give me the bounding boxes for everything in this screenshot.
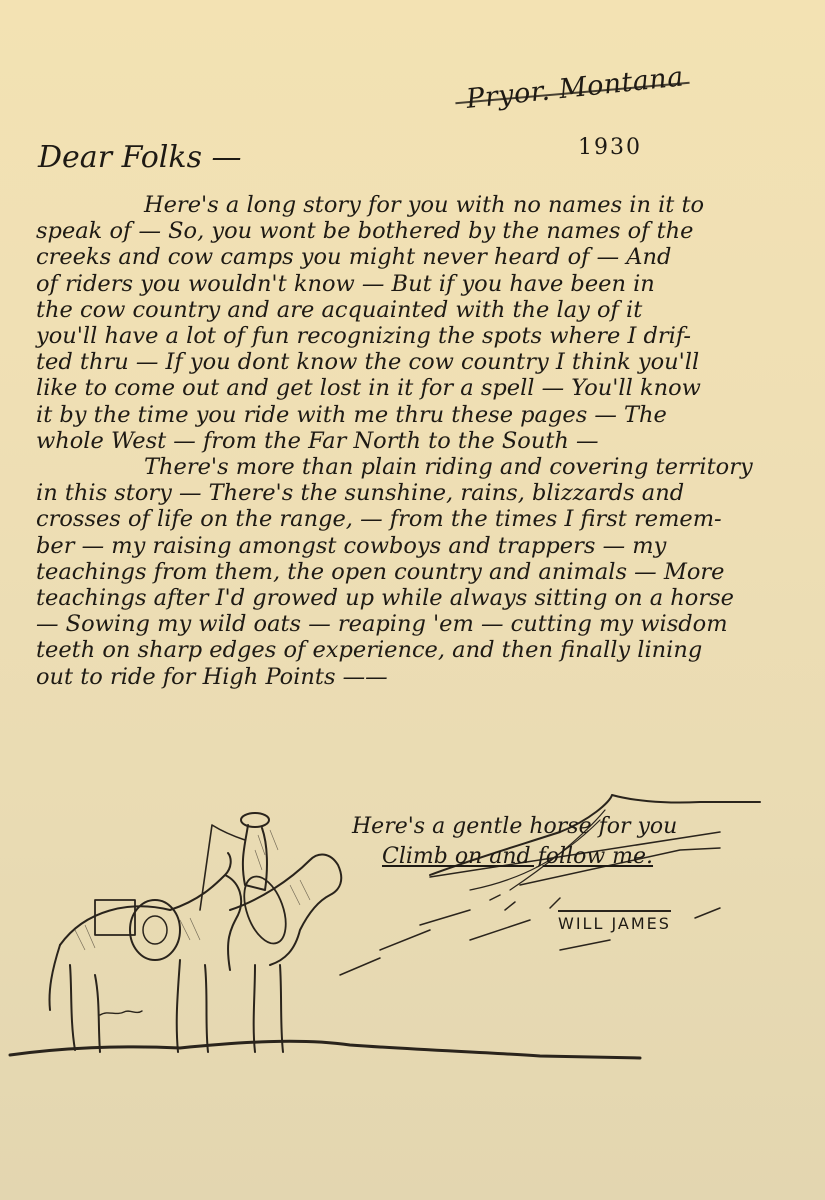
letter-page: Pryor. Montana 1930 Dear Folks — Here's … xyxy=(0,0,825,1200)
body-line: like to come out and get lost in it for … xyxy=(36,375,786,401)
body-line: it by the time you ride with me thru the… xyxy=(36,402,786,428)
signature: WILL JAMES xyxy=(558,910,671,933)
body-line: crosses of life on the range, — from the… xyxy=(36,506,786,532)
closing-line-1: Here's a gentle horse for you xyxy=(352,812,677,842)
letter-year: 1930 xyxy=(578,135,642,160)
closing-note: Here's a gentle horse for you Climb on a… xyxy=(352,812,677,872)
body-line: you'll have a lot of fun recognizing the… xyxy=(36,323,786,349)
letter-body: Here's a long story for you with no name… xyxy=(36,192,786,690)
body-line: teeth on sharp edges of experience, and … xyxy=(36,637,786,663)
body-line: Here's a long story for you with no name… xyxy=(36,192,786,218)
closing-line-2: Climb on and follow me. xyxy=(352,842,677,872)
salutation: Dear Folks — xyxy=(38,140,242,175)
body-line: in this story — There's the sunshine, ra… xyxy=(36,480,786,506)
body-line: of riders you wouldn't know — But if you… xyxy=(36,271,786,297)
body-line: There's more than plain riding and cover… xyxy=(36,454,786,480)
body-line: speak of — So, you wont be bothered by t… xyxy=(36,218,786,244)
body-line: teachings after I'd growed up while alwa… xyxy=(36,585,786,611)
body-line: ber — my raising amongst cowboys and tra… xyxy=(36,533,786,559)
body-line: — Sowing my wild oats — reaping 'em — cu… xyxy=(36,611,786,637)
body-line: out to ride for High Points —— xyxy=(36,664,786,690)
body-line: the cow country and are acquainted with … xyxy=(36,297,786,323)
letter-place: Pryor. Montana xyxy=(465,61,685,115)
body-line: teachings from them, the open country an… xyxy=(36,559,786,585)
body-line: ted thru — If you dont know the cow coun… xyxy=(36,349,786,375)
body-line: creeks and cow camps you might never hea… xyxy=(36,244,786,270)
body-line: whole West — from the Far North to the S… xyxy=(36,428,786,454)
